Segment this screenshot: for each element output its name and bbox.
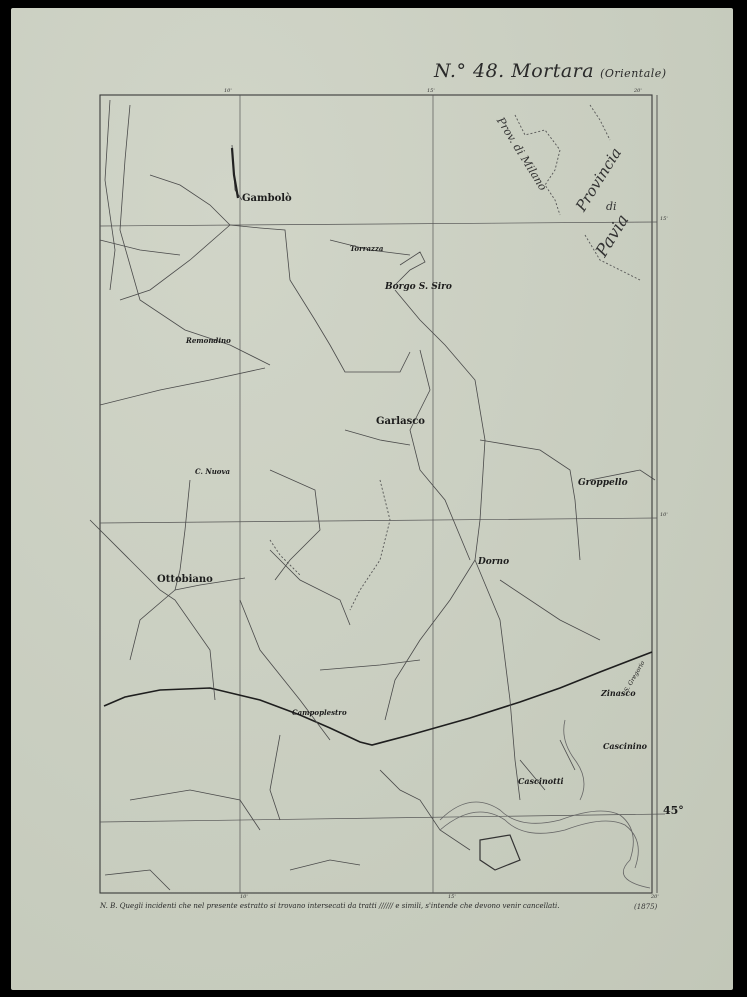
place-garlasco: Garlasco (376, 416, 425, 427)
map-frame (100, 95, 652, 893)
place-gambolo: Gambolò (242, 193, 292, 204)
grid-tick-right-10: 10' (660, 512, 668, 518)
grid-tick-right-15: 15' (660, 216, 668, 222)
place-campoplestro: Campoplestro (292, 708, 347, 717)
grid-tick-bottom-15: 15' (448, 894, 456, 900)
grid-tick-bottom-10: 10' (240, 894, 248, 900)
grid-tick-top-10: 10' (224, 88, 232, 94)
title-subtitle: (Orientale) (600, 67, 666, 80)
latitude-label: 45° (663, 804, 684, 817)
grid-tick-bottom-20: 20' (651, 894, 659, 900)
place-c-nuova: C. Nuova (195, 467, 230, 476)
place-remondino: Remondino (186, 336, 231, 345)
footnote: N. B. Quegli incidenti che nel presente … (100, 902, 560, 910)
map-year: (1875) (634, 903, 657, 911)
railway-line (104, 652, 652, 745)
title-main: N.° 48. Mortara (434, 60, 594, 82)
place-dorno: Dorno (478, 557, 509, 567)
place-cascinino: Cascinino (603, 741, 647, 751)
grid-tick-top-20: 20' (634, 88, 642, 94)
place-ottobiano: Ottobiano (157, 574, 213, 585)
place-groppello: Groppello (578, 478, 628, 488)
place-borgo-s-siro: Borgo S. Siro (385, 282, 452, 292)
place-cascinotti: Cascinotti (518, 776, 564, 786)
map-title: N.° 48. Mortara(Orientale) (434, 60, 667, 82)
place-torrazza: Torrazza (350, 244, 383, 253)
grid-tick-top-15: 15' (427, 88, 435, 94)
map-drawing (0, 0, 747, 997)
